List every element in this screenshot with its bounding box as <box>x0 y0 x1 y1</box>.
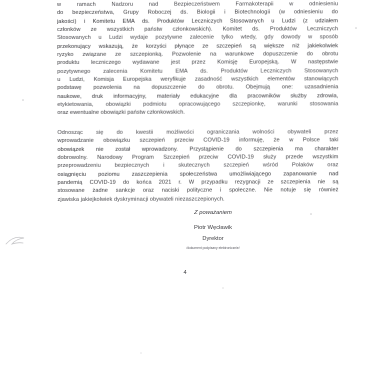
scan-speck <box>140 352 142 354</box>
text-line: do bezpieczeństwa, Grupy Roboczej ds. Bi… <box>57 9 338 18</box>
closing-salutation: Z poważaniem <box>150 210 276 216</box>
text-line: zjawiska jakiejkolwiek dyskryminacji oby… <box>58 195 339 204</box>
signer-title: Dyrektor <box>150 236 276 243</box>
text-line: wprowadzanie obowiązku szczepień przeciw… <box>57 136 338 145</box>
text-line: stosowane żadne sankcje oraz naciski pol… <box>57 186 338 195</box>
scanned-letter-page: w ramach Nadzoru nad Bezpieczeństwem Far… <box>0 0 370 370</box>
page-number: 4 <box>176 270 194 276</box>
pencil-squiggle-artifact <box>4 230 34 250</box>
electronic-signature-note: /dokument podpisany elektronicznie/ <box>150 246 276 250</box>
text-line: oraz ewentualne obowiązki państw członko… <box>57 109 338 118</box>
text-line: etykietowania, obowiązki podmiotu opraco… <box>57 100 338 109</box>
scan-speck <box>222 287 224 289</box>
scan-speck <box>22 99 24 101</box>
scan-speck <box>355 27 357 29</box>
scan-speck <box>310 213 312 215</box>
text-line: Stosowanych u Ludzi wydaje pozytywne zal… <box>57 34 338 43</box>
text-line: przeprowadzeniu bezpiecznych i skuteczny… <box>57 161 338 170</box>
letter-body: w ramach Nadzoru nad Bezpieczeństwem Far… <box>57 0 339 204</box>
signature-block: Piotr Węcławik Dyrektor /dokument podpis… <box>150 225 276 250</box>
paragraph-ema-committee: w ramach Nadzoru nad Bezpieczeństwem Far… <box>57 0 338 118</box>
signer-name: Piotr Węcławik <box>150 225 276 232</box>
paragraph-voluntary-vaccination: Odnosząc się do kwestii możliwości ogran… <box>57 128 338 204</box>
